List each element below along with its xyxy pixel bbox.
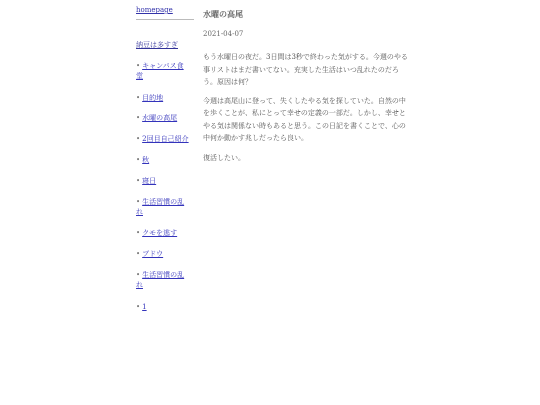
post-list-item: •ブドウ bbox=[136, 249, 186, 259]
post-link-autumn[interactable]: 秋 bbox=[142, 156, 149, 164]
post-link-grape[interactable]: ブドウ bbox=[142, 250, 163, 258]
post-date: 2021-04-07 bbox=[203, 30, 408, 39]
bullet: • bbox=[136, 229, 140, 237]
bullet: • bbox=[136, 177, 140, 185]
bullet: • bbox=[136, 198, 140, 206]
post-list-item: 納豆は多すぎ bbox=[136, 40, 186, 50]
post-paragraph: 復活したい。 bbox=[203, 152, 408, 165]
post-list-item: •2回目自己紹介 bbox=[136, 134, 196, 144]
post-list-item: •寝日 bbox=[136, 176, 186, 186]
page: homepage 納豆は多すぎ •キャンパス食堂 •目的地 •水曜の高尾 •2回… bbox=[0, 0, 540, 405]
bullet: • bbox=[136, 62, 140, 70]
post-link-sleep-day[interactable]: 寝日 bbox=[142, 177, 156, 185]
post-list-item: •秋 bbox=[136, 155, 186, 165]
bullet: • bbox=[136, 271, 140, 279]
post-paragraph: もう水曜日の夜だ。3日間は3秒で終わった気がする。今週のやる事リストはまだ書いて… bbox=[203, 51, 408, 89]
sidebar: homepage 納豆は多すぎ •キャンパス食堂 •目的地 •水曜の高尾 •2回… bbox=[136, 6, 194, 20]
divider bbox=[136, 19, 194, 20]
post-list-item: •水曜の高尾 bbox=[136, 113, 186, 123]
post-list-item: •生活習慣の乱れ bbox=[136, 197, 186, 217]
bullet: • bbox=[136, 250, 140, 258]
post-link-lifestyle-disorder[interactable]: 生活習慣の乱れ bbox=[136, 198, 184, 216]
post-list-item: •生活習慣の乱れ bbox=[136, 270, 186, 290]
post-paragraph: 今週は高尾山に登って、失くしたやる気を探していた。自然の中を歩くことが、私にとっ… bbox=[203, 95, 408, 145]
post-list-item: •キャンパス食堂 bbox=[136, 61, 186, 81]
post-link-natto[interactable]: 納豆は多すぎ bbox=[136, 41, 178, 49]
post-list-item: •1 bbox=[136, 302, 186, 312]
bullet: • bbox=[136, 156, 140, 164]
post-link-1[interactable]: 1 bbox=[142, 303, 146, 311]
post-content: 水曜の高尾 2021-04-07 もう水曜日の夜だ。3日間は3秒で終わった気がす… bbox=[203, 8, 408, 164]
homepage-link[interactable]: homepage bbox=[136, 6, 194, 16]
post-link-lifestyle-disorder-2[interactable]: 生活習慣の乱れ bbox=[136, 271, 184, 289]
post-link-wednesday-takao[interactable]: 水曜の高尾 bbox=[142, 114, 177, 122]
bullet: • bbox=[136, 114, 140, 122]
post-link-release-spider[interactable]: クモを逃す bbox=[142, 229, 177, 237]
bullet: • bbox=[136, 94, 140, 102]
bullet: • bbox=[136, 135, 140, 143]
post-title: 水曜の高尾 bbox=[203, 8, 408, 20]
post-list-item: •クモを逃す bbox=[136, 228, 186, 238]
post-link-destination[interactable]: 目的地 bbox=[142, 94, 163, 102]
post-list-item: •目的地 bbox=[136, 93, 186, 103]
bullet: • bbox=[136, 303, 140, 311]
post-link-second-intro[interactable]: 2回目自己紹介 bbox=[142, 135, 188, 143]
post-link-campus-cafeteria[interactable]: キャンパス食堂 bbox=[136, 62, 184, 80]
